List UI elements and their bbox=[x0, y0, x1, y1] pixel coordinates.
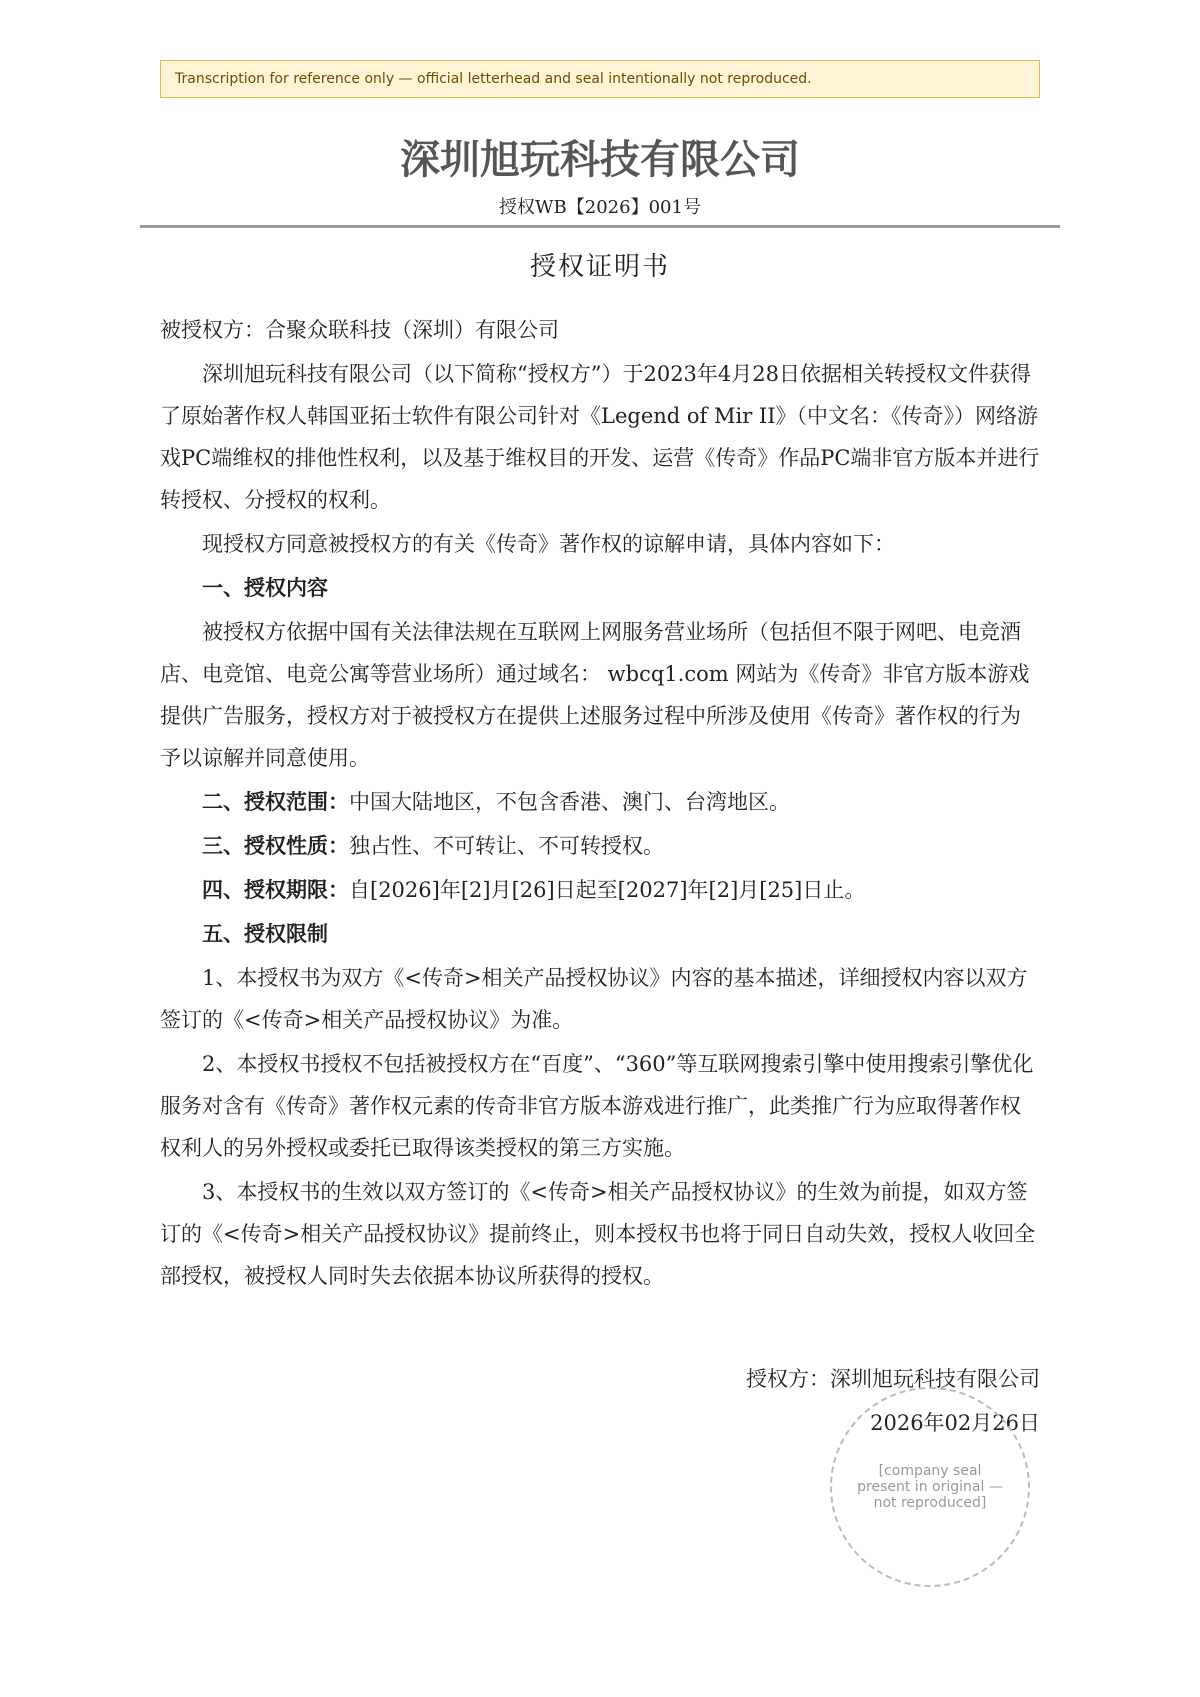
section-3-value: 独占性、不可转让、不可转授权。 bbox=[349, 834, 664, 858]
seal-placeholder: [company seal present in original — not … bbox=[830, 1387, 1030, 1587]
section-3: 三、授权性质：独占性、不可转让、不可转授权。 bbox=[160, 825, 1040, 867]
limit-item-2: 2、本授权书授权不包括被授权方在“百度”、“360”等互联网搜索引擎中使用搜索引… bbox=[160, 1043, 1040, 1169]
section-3-label: 三、授权性质： bbox=[202, 833, 349, 858]
limit-item-3: 3、本授权书的生效以双方签订的《<传奇>相关产品授权协议》的生效为前提，如双方签… bbox=[160, 1171, 1040, 1297]
limit-item-1: 1、本授权书为双方《<传奇>相关产品授权协议》内容的基本描述，详细授权内容以双方… bbox=[160, 957, 1040, 1041]
document-title: 授权证明书 bbox=[160, 246, 1040, 283]
section-2: 二、授权范围：中国大陆地区，不包含香港、澳门、台湾地区。 bbox=[160, 781, 1040, 823]
section-2-label: 二、授权范围： bbox=[202, 789, 349, 814]
intro-paragraph-1: 深圳旭玩科技有限公司（以下简称“授权方”）于2023年4月28日依据相关转授权文… bbox=[160, 353, 1040, 521]
document-number: 授权WB【2026】001号 bbox=[160, 193, 1040, 219]
licensee-line: 被授权方：合聚众联科技（深圳）有限公司 bbox=[160, 309, 1040, 351]
section-4-label: 四、授权期限： bbox=[202, 877, 349, 902]
section-1-title: 一、授权内容 bbox=[160, 567, 1040, 609]
intro-paragraph-2: 现授权方同意被授权方的有关《传奇》著作权的谅解申请，具体内容如下： bbox=[160, 523, 1040, 565]
transcription-notice: Transcription for reference only — offic… bbox=[160, 60, 1040, 98]
section-5-title: 五、授权限制 bbox=[160, 913, 1040, 955]
section-4: 四、授权期限：自[2026]年[2]月[26]日起至[2027]年[2]月[25… bbox=[160, 869, 1040, 911]
section-2-value: 中国大陆地区，不包含香港、澳门、台湾地区。 bbox=[349, 790, 790, 814]
document-page: Transcription for reference only — offic… bbox=[0, 0, 1200, 1697]
section-1-body: 被授权方依据中国有关法律法规在互联网上网服务营业场所（包括但不限于网吧、电竞酒店… bbox=[160, 611, 1040, 779]
issuer-name: 深圳旭玩科技有限公司 bbox=[160, 128, 1040, 185]
section-4-value: 自[2026]年[2]月[26]日起至[2027]年[2]月[25]日止。 bbox=[349, 878, 865, 902]
header-divider bbox=[140, 225, 1060, 228]
